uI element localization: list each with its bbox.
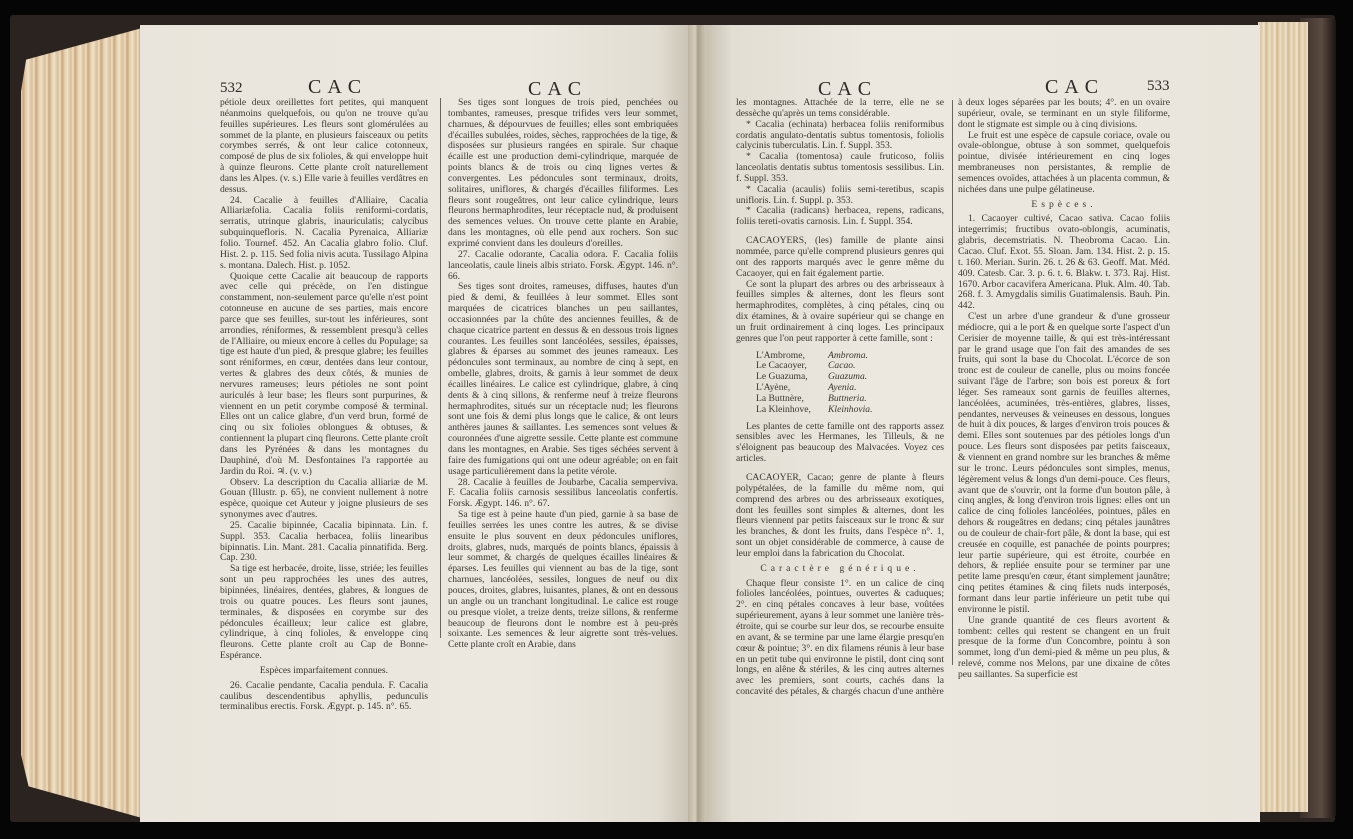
column-rule (952, 100, 953, 665)
paragraph: les montagnes. Attachée de la terre, ell… (736, 98, 944, 120)
left-running-head-col1: CAC (308, 76, 367, 99)
paragraph: Caractère générique. (736, 564, 944, 575)
paragraph: 1. Cacaoyer cultivé, Cacao sativa. Cacao… (958, 214, 1170, 312)
paragraph: Ses tiges sont longues de trois pied, pe… (448, 98, 678, 250)
right-running-head-col2: CAC (1045, 76, 1104, 99)
paragraph: Les plantes de cette famille ont des rap… (736, 422, 944, 465)
right-page-column-2: à deux loges séparées par les bouts; 4°.… (958, 98, 1170, 681)
genus-latin-name: Kleinhovia. (828, 405, 873, 416)
paragraph: 28. Cacalie à feuilles de Joubarbe, Caca… (448, 478, 678, 511)
paragraph: Chaque fleur consiste 1°. en un calice d… (736, 579, 944, 698)
paragraph: * Cacalia (tomentosa) caule fruticoso, f… (736, 152, 944, 185)
paragraph: Observ. La description du Cacalia alliar… (220, 478, 428, 521)
genus-french-name: La Kleinhove, (756, 405, 828, 416)
left-page-number: 532 (220, 80, 243, 97)
paragraph: 25. Cacalie bipinnée, Cacalia bipinnata.… (220, 521, 428, 564)
paragraph: CACAOYERS, (les) famille de plante ainsi… (736, 236, 944, 279)
paragraph: Le fruit est une espèce de capsule coria… (958, 131, 1170, 196)
paragraph: Ce sont la plupart des arbres ou des arb… (736, 280, 944, 345)
column-rule (440, 98, 441, 638)
paragraph: pétiole deux oreillettes fort petites, q… (220, 98, 428, 196)
right-page-column-1: les montagnes. Attachée de la terre, ell… (736, 98, 944, 698)
paragraph: Quoique cette Cacalie ait beaucoup de ra… (220, 272, 428, 478)
paragraph: * Cacalia (acaulis) foliis semi-teretibu… (736, 185, 944, 207)
paragraph: 24. Cacalie à feuilles d'Alliaire, Cacal… (220, 196, 428, 272)
paragraph: CACAOYER, Cacao; genre de plante à fleur… (736, 473, 944, 560)
paragraph: C'est un arbre d'une grandeur & d'une gr… (958, 312, 1170, 616)
left-page-edges (16, 28, 142, 818)
column-1-upper-text: les montagnes. Attachée de la terre, ell… (736, 98, 944, 345)
genus-row: La Kleinhove,Kleinhovia. (756, 405, 944, 416)
paragraph: Sa tige est à peine haute d'un pied, gar… (448, 510, 678, 651)
book-gutter (688, 25, 706, 822)
paragraph: 26. Cacalie pendante, Cacalia pendula. F… (220, 681, 428, 714)
paragraph: * Cacalia (radicans) herbacea, repens, r… (736, 206, 944, 228)
column-1-lower-text: Les plantes de cette famille ont des rap… (736, 422, 944, 698)
paragraph: 27. Cacalie odorante, Cacalia odora. F. … (448, 250, 678, 283)
paragraph: à deux loges séparées par les bouts; 4°.… (958, 98, 1170, 131)
paragraph: * Cacalia (echinata) herbacea foliis ren… (736, 120, 944, 153)
right-page-edges (1258, 22, 1308, 812)
left-page-column-1: pétiole deux oreillettes fort petites, q… (220, 98, 428, 713)
paragraph: Sa tige est herbacée, droite, lisse, str… (220, 564, 428, 662)
paragraph: Espèces imparfaitement connues. (220, 666, 428, 677)
left-page-column-2: Ses tiges sont longues de trois pied, pe… (448, 98, 678, 651)
paragraph: Une grande quantité de ces fleurs avorte… (958, 616, 1170, 681)
genera-list: L'Ambrome,Ambroma.Le Cacaoyer,Cacao.Le G… (756, 351, 944, 416)
right-page-number: 533 (1147, 78, 1170, 95)
paragraph: Ses tiges sont droites, rameuses, diffus… (448, 282, 678, 477)
paragraph: Espèces. (958, 200, 1170, 211)
